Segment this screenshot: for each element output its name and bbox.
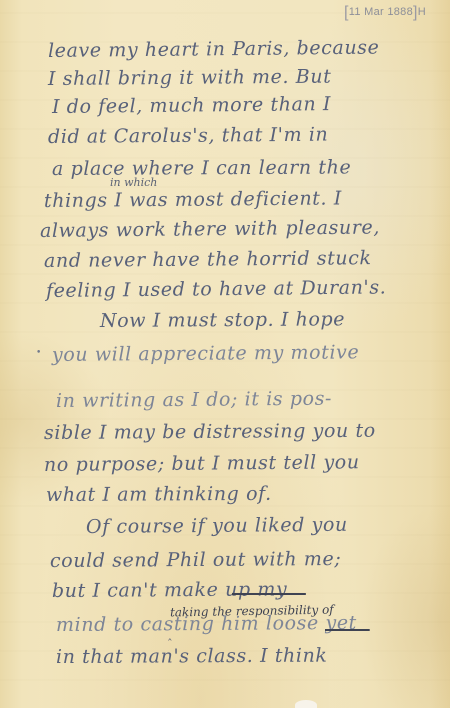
letter-line-8: and never have the horrid stuck [44,247,372,272]
letter-line-9: feeling I used to have at Duran's. [46,276,387,302]
letter-line-20: in that man's class. I think [56,645,328,668]
archive-suffix: H [418,6,426,18]
letter-line-4: did at Carolus's, that I'm in [48,124,329,148]
margin-mark: • [36,348,41,358]
letter-line-3: I do feel, much more than I [52,93,331,118]
letter-line-10: Now I must stop. I hope [100,308,345,332]
letter-line-11: you will appreciate my motive [52,341,359,366]
letter-line-1: leave my heart in Paris, because [48,37,380,62]
struck-word-loose: loose [325,620,370,640]
letter-line-15: what I am thinking of. [46,483,272,506]
letter-line-13: sible I may be distressing you to [44,420,376,444]
letter-line-5: a place where I can learn the [52,156,351,180]
paper-tear-mark [295,700,317,708]
interlinear-insertion-in-which: in which [110,176,157,189]
letter-line-14: no purpose; but I must tell you [44,451,360,476]
archive-reference-stamp: [11 Mar 1888]H [344,2,426,20]
letter-line-19: mind to casting him loose yet [56,612,357,636]
letter-line-16: Of course if you liked you [86,514,348,538]
struck-words-make-up: make up [232,584,306,604]
letter-line-6: things I was most deficient. I [44,187,342,212]
letter-line-12: in writing as I do; it is pos- [56,388,332,412]
letter-line-2: I shall bring it with me. But [48,66,332,90]
letter-line-7: always work there with pleasure, [40,216,380,242]
letter-line-17: could send Phil out with me; [50,548,341,572]
bracket-open: [ [344,4,349,21]
archive-date: 11 Mar 1888 [349,6,413,18]
letter-page: [11 Mar 1888]H leave my heart in Paris, … [0,0,450,708]
bracket-close: ] [413,4,418,21]
